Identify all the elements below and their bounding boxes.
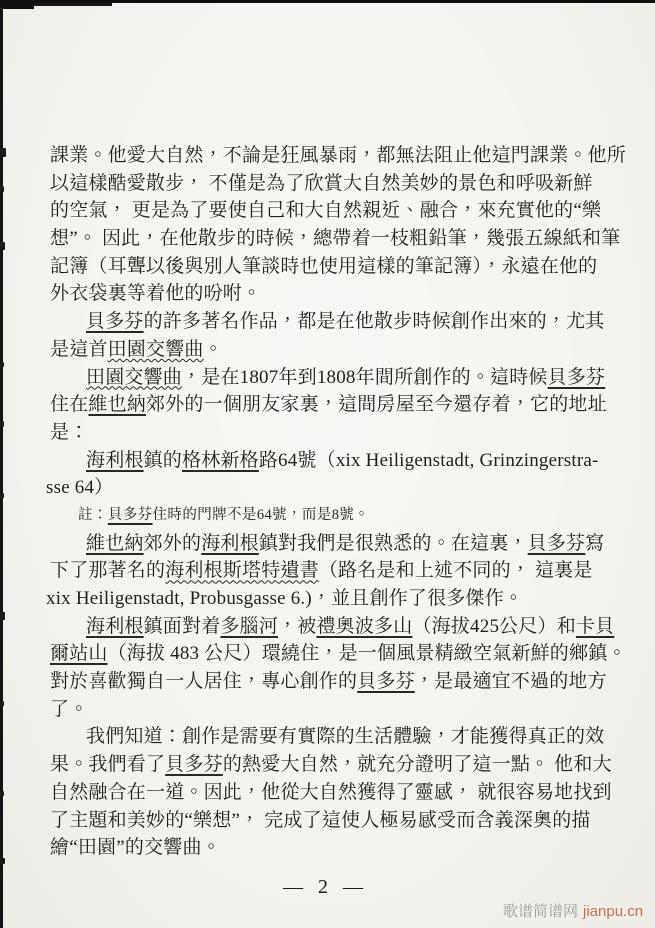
text-segment: 想”。 因此，在他散步的時候，總帶着一枝粗鉛筆，幾張五線紙和筆 <box>50 228 620 249</box>
text-segment: 鎮對我們是很熟悉的。在這裏， <box>259 533 528 554</box>
text-segment: 郊外的 <box>144 533 202 554</box>
text-segment: 。 <box>204 339 223 360</box>
text-line: 住在維也納郊外的一個朋友家裏，這間房屋至今還存着，它的地址 <box>50 391 622 419</box>
watermark-site-name: 歌谱简谱网 <box>503 903 578 920</box>
proper-noun-underline: 海利根 <box>86 450 144 471</box>
text-segment: 自然融合在一道。因此，他從大自然獲得了靈感， 就很容易地找到 <box>50 782 612 803</box>
scan-speck <box>0 421 4 427</box>
text-line: 是： <box>50 419 622 447</box>
text-segment: ，是最適宜不過的地方 <box>415 671 607 692</box>
text-line: 對於喜歡獨自一人居住，專心創作的貝多芬，是最適宜不過的地方 <box>50 668 622 696</box>
text-line: 我們知道：創作是需要有實際的生活體驗，才能獲得真正的效 <box>50 723 622 751</box>
text-segment: 住時的門牌不是64號，而是8號。 <box>153 507 370 523</box>
proper-noun-underline: 海利根 <box>201 533 259 554</box>
proper-noun-underline: 貝多芬 <box>528 533 586 554</box>
body-text: 課業。他愛大自然，不論是狂風暴雨，都無法阻止他這門課業。他所以這樣酷愛散步， 不… <box>50 142 622 862</box>
text-line: 了主題和美妙的“樂想”， 完成了這使人極易感受而含義深奧的描 <box>50 807 622 835</box>
text-segment: 的空氣， 更是為了要使自己和大自然親近、融合，來充實他的“樂 <box>50 200 601 221</box>
proper-noun-underline: 貝多芬 <box>357 671 415 692</box>
text-segment: xix Heiligenstadt, Probusgasse 6.)，並且創作了… <box>46 588 523 609</box>
scan-speck <box>0 242 5 250</box>
text-line: 下了那著名的海利根斯塔特遺書（路名是和上述不同的， 這裏是 <box>50 557 622 585</box>
scan-speck <box>0 701 4 706</box>
watermark-site-url[interactable]: jianpu.cn <box>583 903 643 920</box>
text-segment: 以這樣酷愛散步， 不僅是為了欣賞大自然美妙的景色和呼吸新鮮 <box>50 173 593 194</box>
proper-noun-underline: 貝多芬 <box>165 754 223 775</box>
text-line: xix Heiligenstadt, Probusgasse 6.)，並且創作了… <box>46 585 622 613</box>
proper-noun-underline: 貝多芬 <box>86 311 144 332</box>
text-line: 田園交響曲，是在1807年到1808年間所創作的。這時候貝多芬 <box>50 364 622 392</box>
title-wavy-underline: 海利根斯塔特遺書 <box>165 560 319 581</box>
text-line: 繪“田園”的交響曲。 <box>50 834 622 862</box>
text-segment: 寫 <box>585 533 604 554</box>
text-segment: 鎮的 <box>144 450 182 471</box>
scan-speck <box>0 791 4 796</box>
text-line: 海利根鎮面對着多腦河，被禮奧波多山（海拔425公尺）和卡貝 <box>50 613 622 641</box>
text-segment: 繪“田園”的交響曲。 <box>50 837 221 858</box>
text-line: 課業。他愛大自然，不論是狂風暴雨，都無法阻止他這門課業。他所 <box>50 142 622 170</box>
text-segment: 住在 <box>50 394 88 415</box>
scan-edge-left <box>0 0 3 928</box>
text-line: 以這樣酷愛散步， 不僅是為了欣賞大自然美妙的景色和呼吸新鮮 <box>50 170 622 198</box>
proper-noun-underline: 格林新格 <box>182 450 259 471</box>
text-segment: 對於喜歡獨自一人居住，專心創作的 <box>50 671 357 692</box>
scan-speck <box>0 858 5 864</box>
scan-speck <box>0 362 4 367</box>
text-line: 想”。 因此，在他散步的時候，總帶着一枝粗鉛筆，幾張五線紙和筆 <box>50 225 622 253</box>
text-segment: 了主題和美妙的“樂想”， 完成了這使人極易感受而含義深奧的描 <box>50 810 591 831</box>
text-segment: 是這首 <box>50 339 108 360</box>
title-wavy-underline: 田園交響曲 <box>108 339 204 360</box>
text-segment: （海拔 483 公尺）環繞住，是一個風景精緻空氣新鮮的鄉鎮。 <box>108 643 627 664</box>
proper-noun-underline: 海利根 <box>86 616 144 637</box>
text-segment: 的熱愛大自然，就充分證明了這一點。 他和大 <box>223 754 612 775</box>
text-line: 外衣袋裏等着他的吩咐。 <box>50 280 622 308</box>
text-segment: ，是在1807年到1808年間所創作的。這時候 <box>182 367 548 388</box>
text-segment: 課業。他愛大自然，不論是狂風暴雨，都無法阻止他這門課業。他所 <box>50 145 626 166</box>
text-segment: 記簿（耳聾以後與別人筆談時也使用這樣的筆記簿），永遠在他的 <box>50 256 597 277</box>
text-line: 維也納郊外的海利根鎮對我們是很熟悉的。在這裏，貝多芬寫 <box>50 530 622 558</box>
text-segment: （海拔425公尺）和 <box>412 616 576 637</box>
scanned-book-page: 課業。他愛大自然，不論是狂風暴雨，都無法阻止他這門課業。他所以這樣酷愛散步， 不… <box>0 0 655 928</box>
text-line: 貝多芬的許多著名作品，都是在他散步時候創作出來的，尤其 <box>50 308 622 336</box>
text-line: sse 64） <box>46 474 622 502</box>
proper-noun-underline: 貝多芬 <box>548 367 606 388</box>
text-segment: ，被 <box>278 616 316 637</box>
proper-noun-underline: 爾站山 <box>50 643 108 664</box>
proper-noun-underline: 維也納 <box>88 394 146 415</box>
scan-speck <box>0 493 4 498</box>
text-segment: 註： <box>78 507 108 523</box>
text-segment: 外衣袋裏等着他的吩咐。 <box>50 283 261 304</box>
text-segment: （路名是和上述不同的， 這裏是 <box>319 560 593 581</box>
text-segment: 果。我們看了 <box>50 754 165 775</box>
scan-speck <box>0 186 4 192</box>
scan-speck <box>0 148 6 157</box>
text-segment: 是： <box>50 422 88 443</box>
page-number: — 2 — <box>283 876 368 899</box>
text-line: 自然融合在一道。因此，他從大自然獲得了靈感， 就很容易地找到 <box>50 779 622 807</box>
text-segment: 了。 <box>50 699 88 720</box>
text-segment: 下了那著名的 <box>50 560 165 581</box>
text-line: 海利根鎮的格林新格路64號（xix Heiligenstadt, Grinzin… <box>50 447 622 475</box>
text-line: 果。我們看了貝多芬的熱愛大自然，就充分證明了這一點。 他和大 <box>50 751 622 779</box>
proper-noun-underline: 貝多芬 <box>108 507 153 523</box>
text-line: 的空氣， 更是為了要使自己和大自然親近、融合，來充實他的“樂 <box>50 197 622 225</box>
text-segment: 鎮面對着 <box>144 616 221 637</box>
text-line: 是這首田園交響曲。 <box>50 336 622 364</box>
text-segment: 路64號（xix Heiligenstadt, Grinzingerstra- <box>259 450 599 471</box>
text-segment: 郊外的一個朋友家裏，這間房屋至今還存着，它的地址 <box>146 394 607 415</box>
scan-speck <box>0 612 5 620</box>
text-line: 記簿（耳聾以後與別人筆談時也使用這樣的筆記簿），永遠在他的 <box>50 253 622 281</box>
proper-noun-underline: 多腦河 <box>220 616 278 637</box>
text-segment: sse 64） <box>46 477 113 498</box>
text-segment: 的許多著名作品，都是在他散步時候創作出來的，尤其 <box>144 311 605 332</box>
text-line: 註：貝多芬住時的門牌不是64號，而是8號。 <box>50 502 622 530</box>
proper-noun-underline: 卡貝 <box>576 616 614 637</box>
watermark: 歌谱简谱网jianpu.cn <box>503 900 643 921</box>
text-line: 了。 <box>50 696 622 724</box>
title-wavy-underline: 田園交響曲 <box>86 367 182 388</box>
proper-noun-underline: 維也納 <box>86 533 144 554</box>
proper-noun-underline: 禮奧波多山 <box>316 616 412 637</box>
scan-corner-blot <box>0 0 34 9</box>
text-segment: 我們知道：創作是需要有實際的生活體驗，才能獲得真正的效 <box>86 726 604 747</box>
text-line: 爾站山（海拔 483 公尺）環繞住，是一個風景精緻空氣新鮮的鄉鎮。 <box>50 640 622 668</box>
